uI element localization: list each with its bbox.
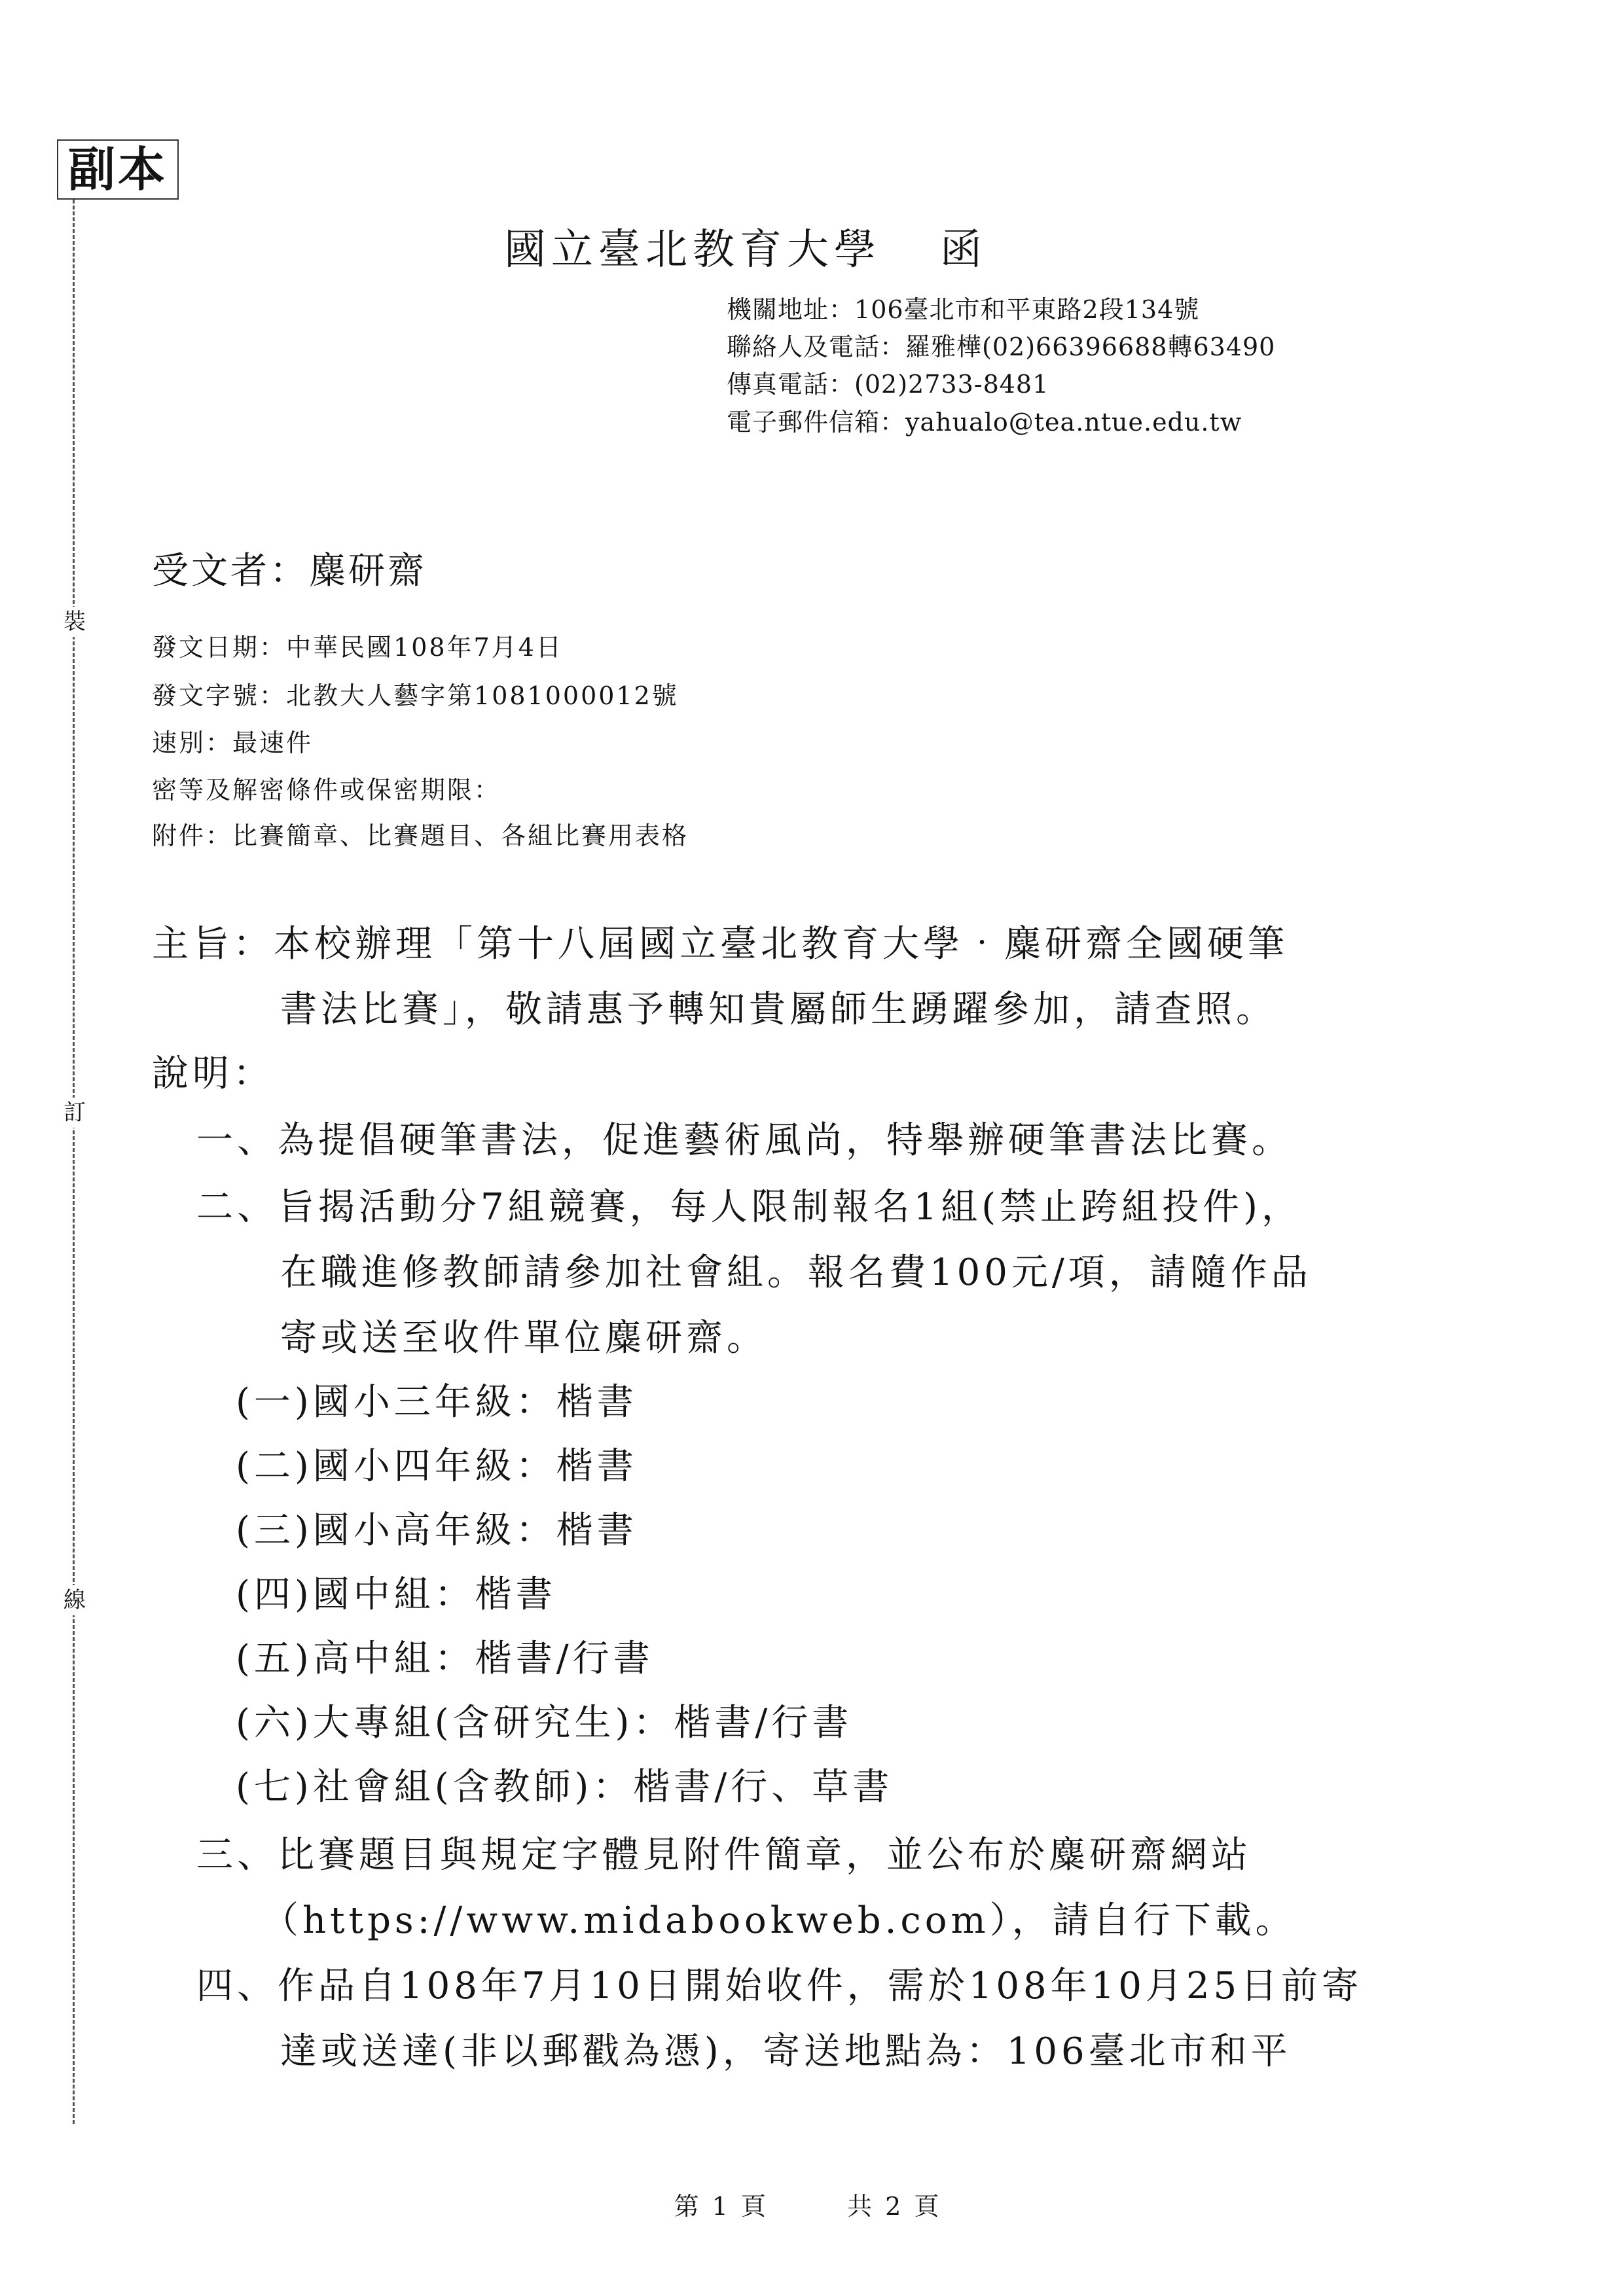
- page-footer: 第1頁 共2頁: [0, 2186, 1613, 2222]
- group-6: (六)大專組(含研究生)：楷書/行書: [236, 1694, 852, 1746]
- explanation-item-1: 一、為提倡硬筆書法，促進藝術風尚，特舉辦硬筆書法比賽。: [196, 1111, 1292, 1164]
- group-7: (七)社會組(含教師)：楷書/行、草書: [236, 1758, 893, 1810]
- email-address: yahualo@tea.ntue.edu.tw: [905, 408, 1242, 437]
- issuer-name: 國立臺北教育大學: [504, 226, 881, 274]
- contact-email: 電子郵件信箱：yahualo@tea.ntue.edu.tw: [727, 402, 1242, 438]
- total-pages: 2: [885, 2192, 901, 2221]
- binding-mark-bottom: 線: [62, 1585, 88, 1615]
- classification: 密等及解密條件或保密期限：: [152, 770, 501, 806]
- explanation-item-4-line-2: 達或送達(非以郵戳為憑)，寄送地點為：106臺北市和平: [280, 2022, 1292, 2075]
- explanation-label: 說明：: [152, 1045, 274, 1097]
- contact-person-phone: 聯絡人及電話：羅雅樺(02)66396688轉63490: [727, 327, 1275, 363]
- contact-address: 機關地址：106臺北市和平東路2段134號: [727, 289, 1199, 325]
- binding-dashed-line: [73, 200, 75, 2124]
- group-3: (三)國小高年級：楷書: [236, 1501, 638, 1554]
- issue-date: 發文日期：中華民國108年7月4日: [152, 627, 563, 663]
- group-5: (五)高中組：楷書/行書: [236, 1630, 654, 1682]
- explanation-item-4: 四、作品自108年7月10日開始收件，需於108年10月25日前寄: [196, 1957, 1362, 2009]
- explanation-item-2-line-2: 在職進修教師請參加社會組。報名費100元/項，請隨作品: [280, 1244, 1312, 1296]
- contact-fax: 傳真電話：(02)2733-8481: [727, 364, 1049, 400]
- subject-line-1: 主旨：本校辦理「第十八屆國立臺北教育大學‧麋研齋全國硬筆: [152, 915, 1288, 967]
- binding-mark-top: 裝: [62, 607, 88, 637]
- urgency: 速別：最速件: [152, 723, 313, 759]
- document-number: 發文字號：北教大人藝字第1081000012號: [152, 675, 679, 711]
- explanation-item-2-line-3: 寄或送至收件單位麋研齋。: [280, 1309, 767, 1361]
- explanation-item-3-line-2: （https://www.midabookweb.com），請自行下載。: [262, 1892, 1296, 1944]
- recipient: 受文者：麋研齋: [152, 542, 427, 594]
- subject-line-2: 書法比賽」，敬請惠予轉知貴屬師生踴躍參加，請查照。: [280, 980, 1277, 1033]
- copy-stamp: 副本: [57, 139, 179, 200]
- group-1: (一)國小三年級：楷書: [236, 1373, 638, 1426]
- group-4: (四)國中組：楷書: [236, 1566, 556, 1618]
- document-title: 國立臺北教育大學函: [504, 216, 987, 276]
- document-type: 函: [940, 226, 987, 274]
- page-number: 1: [712, 2192, 728, 2221]
- binding-mark-middle: 訂: [62, 1098, 88, 1128]
- explanation-item-3: 三、比賽題目與規定字體見附件簡章，並公布於麋研齋網站: [196, 1826, 1252, 1878]
- explanation-item-2: 二、旨揭活動分7組競賽，每人限制報名1組(禁止跨組投件)，: [196, 1178, 1302, 1230]
- subject-label: 主旨: [152, 923, 233, 965]
- attachments: 附件：比賽簡章、比賽題目、各組比賽用表格: [152, 816, 689, 852]
- group-2: (二)國小四年級：楷書: [236, 1437, 638, 1490]
